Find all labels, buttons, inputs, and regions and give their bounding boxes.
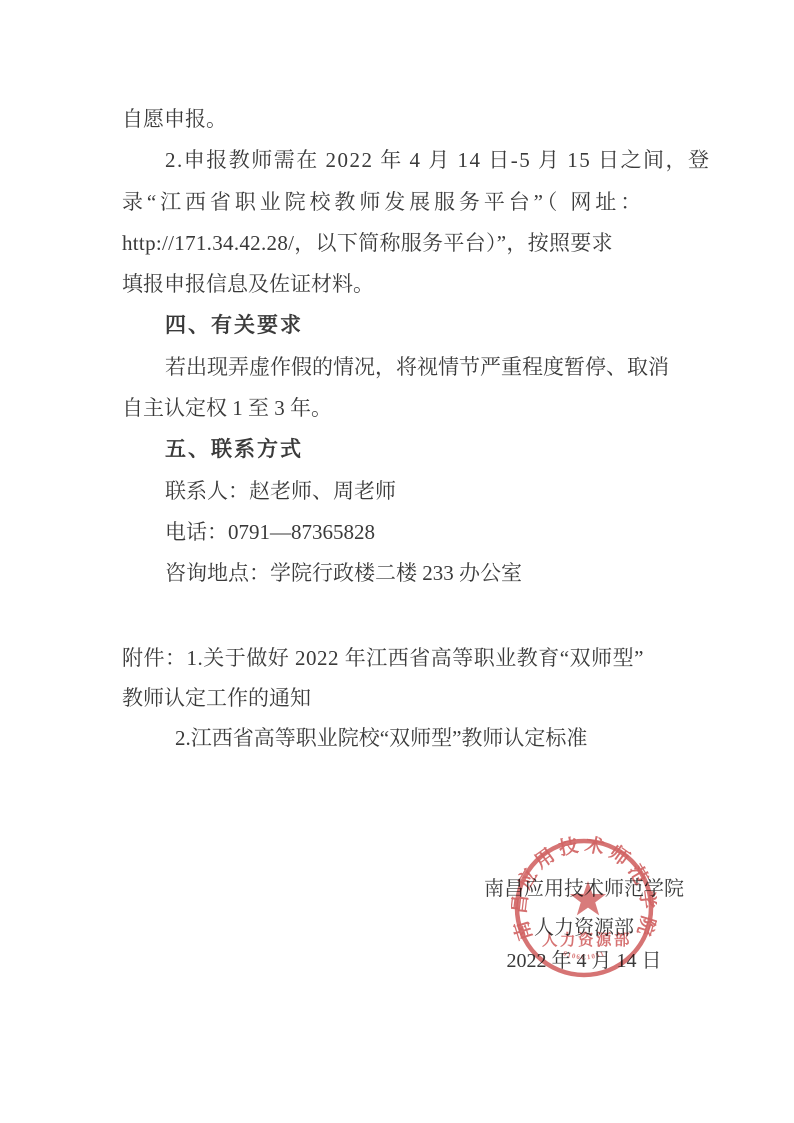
body-line: 自主认定权 1 至 3 年。 — [122, 388, 675, 429]
contact-address-line: 咨询地点：学院行政楼二楼 233 办公室 — [122, 553, 675, 594]
section-heading: 四、有关要求 — [122, 305, 675, 346]
body-line: 自愿申报。 — [122, 99, 675, 140]
body-line: 录“江西省职业院校教师发展服务平台”（ 网址： — [122, 182, 675, 223]
body-line: 若出现弄虚作假的情况，将视情节严重程度暂停、取消 — [122, 347, 675, 388]
signature-block: 南昌应用技术师范学院 人力资源部 2022 年 4 月 14 日 — [459, 877, 709, 973]
body-text-block: 自愿申报。 2.申报教师需在 2022 年 4 月 14 日-5 月 15 日之… — [122, 99, 675, 595]
signature-org: 南昌应用技术师范学院 — [459, 877, 709, 901]
document-page: 自愿申报。 2.申报教师需在 2022 年 4 月 14 日-5 月 15 日之… — [0, 0, 794, 1123]
signature-dept: 人力资源部 — [459, 916, 709, 940]
attachment-line: 2.江西省高等职业院校“双师型”教师认定标准 — [122, 718, 675, 758]
signature-date: 2022 年 4 月 14 日 — [459, 949, 709, 973]
attachment-line: 教师认定工作的通知 — [122, 678, 675, 718]
attachment-line: 附件：1.关于做好 2022 年江西省高等职业教育“双师型” — [122, 638, 675, 678]
body-line: 2.申报教师需在 2022 年 4 月 14 日-5 月 15 日之间，登 — [122, 140, 675, 181]
section-heading: 五、联系方式 — [122, 429, 675, 470]
contact-phone-line: 电话：0791—87365828 — [122, 512, 675, 553]
contact-person-line: 联系人：赵老师、周老师 — [122, 471, 675, 512]
body-line: http://171.34.42.28/，以下简称服务平台）”，按照要求 — [122, 223, 675, 264]
body-line: 填报申报信息及佐证材料。 — [122, 264, 675, 305]
attachment-block: 附件：1.关于做好 2022 年江西省高等职业教育“双师型” 教师认定工作的通知… — [122, 638, 675, 758]
